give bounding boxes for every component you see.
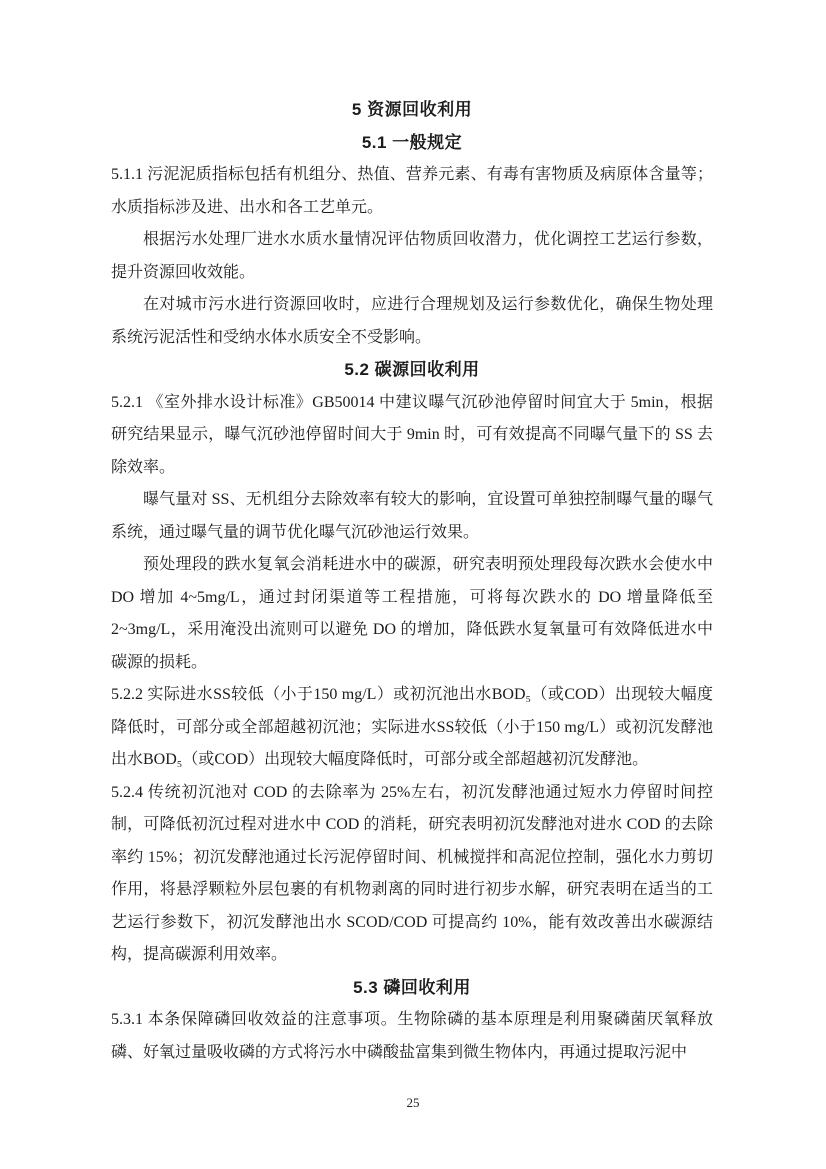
section-heading-5-1: 5.1 一般规定 [111, 127, 713, 160]
section-heading-5-3: 5.3 磷回收利用 [111, 972, 713, 1005]
page-content: 5 资源回收利用 5.1 一般规定 5.1.1 污泥泥质指标包括有机组分、热值、… [111, 94, 713, 1069]
body-paragraph: 预处理段的跌水复氧会消耗进水中的碳源，研究表明预处理段每次跌水会使水中 DO 增… [111, 549, 713, 679]
body-paragraph: 在对城市污水进行资源回收时，应进行合理规划及运行参数优化，确保生物处理系统污泥活… [111, 289, 713, 354]
section-heading-5-2: 5.2 碳源回收利用 [111, 354, 713, 387]
page-number: 25 [0, 1095, 826, 1111]
body-paragraph: 根据污水处理厂进水水质水量情况评估物质回收潜力，优化调控工艺运行参数，提升资源回… [111, 224, 713, 289]
clause-paragraph-5-2-1: 5.2.1 《室外排水设计标准》GB50014 中建议曝气沉砂池停留时间宜大于 … [111, 387, 713, 485]
clause-paragraph-5-2-4: 5.2.4 传统初沉池对 COD 的去除率为 25%左右，初沉发酵池通过短水力停… [111, 777, 713, 972]
clause-paragraph-5-3-1: 5.3.1 本条保障磷回收效益的注意事项。生物除磷的基本原理是利用聚磷菌厌氧释放… [111, 1004, 713, 1069]
clause-paragraph-5-1-1: 5.1.1 污泥泥质指标包括有机组分、热值、营养元素、有毒有害物质及病原体含量等… [111, 159, 713, 224]
clause-paragraph-5-2-2: 5.2.2 实际进水SS较低（小于150 mg/L）或初沉池出水BOD₅（或CO… [111, 679, 713, 777]
chapter-heading: 5 资源回收利用 [111, 94, 713, 127]
document-page: 5 资源回收利用 5.1 一般规定 5.1.1 污泥泥质指标包括有机组分、热值、… [0, 0, 826, 1169]
body-paragraph: 曝气量对 SS、无机组分去除效率有较大的影响，宜设置可单独控制曝气量的曝气系统，… [111, 484, 713, 549]
